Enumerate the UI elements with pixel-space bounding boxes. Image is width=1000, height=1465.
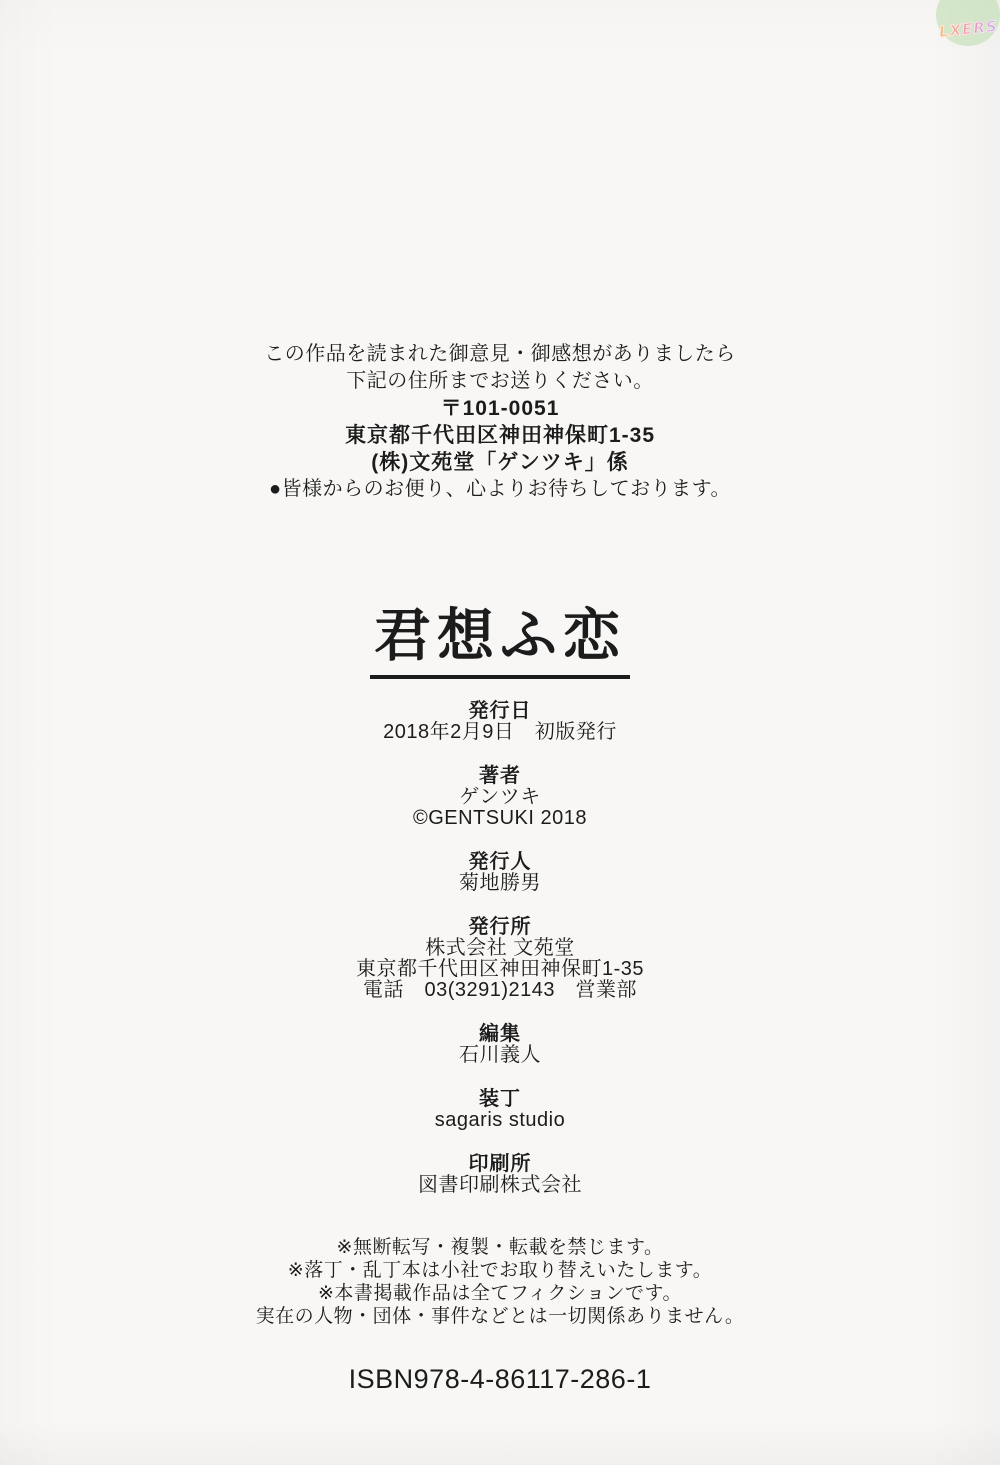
editor-name: 石川義人 xyxy=(0,1045,1000,1066)
section-heading: 発行所 xyxy=(0,916,1000,938)
section-heading: 編集 xyxy=(0,1023,1000,1045)
scanned-page: { "watermark": { "text": "LXERS", "circl… xyxy=(0,0,1000,1465)
book-title: 君想ふ恋 xyxy=(370,607,630,679)
printer-name: 図書印刷株式会社 xyxy=(0,1175,1000,1196)
postal-code: 〒101-0051 xyxy=(0,395,1000,422)
feedback-line: ●皆様からのお便り、心よりお待ちしております。 xyxy=(0,476,1000,503)
section-heading: 発行日 xyxy=(0,700,1000,722)
notice-line: 実在の人物・団体・事件などとは一切関係ありません。 xyxy=(0,1305,1000,1328)
publisher-address: 東京都千代田区神田神保町1-35 xyxy=(0,422,1000,449)
publishing-house-name: 株式会社 文苑堂 xyxy=(0,938,1000,959)
publisher-attention-line: (株)文苑堂「ゲンツキ」係 xyxy=(0,449,1000,476)
section-heading: 発行人 xyxy=(0,851,1000,873)
publication-date: 2018年2月9日 初版発行 xyxy=(0,722,1000,743)
section-heading: 装丁 xyxy=(0,1088,1000,1110)
author-name: ゲンツキ xyxy=(0,787,1000,808)
publisher-person-name: 菊地勝男 xyxy=(0,873,1000,894)
section-publication-date: 発行日 2018年2月9日 初版発行 xyxy=(0,700,1000,743)
section-heading: 印刷所 xyxy=(0,1153,1000,1175)
isbn: ISBN978-4-86117-286-1 xyxy=(0,1364,1000,1395)
notice-line: ※落丁・乱丁本は小社でお取り替えいたします。 xyxy=(0,1259,1000,1282)
notice-line: ※無断転写・複製・転載を禁じます。 xyxy=(0,1236,1000,1259)
legal-notices-block: ※無断転写・複製・転載を禁じます。 ※落丁・乱丁本は小社でお取り替えいたします。… xyxy=(0,1236,1000,1328)
publishing-house-phone: 電話 03(3291)2143 営業部 xyxy=(0,980,1000,1001)
lxers-watermark-text: LXERS xyxy=(938,17,998,41)
section-editor: 編集 石川義人 xyxy=(0,1023,1000,1066)
feedback-line: 下記の住所までお送りください。 xyxy=(0,368,1000,395)
design-studio-name: sagaris studio xyxy=(0,1110,1000,1131)
section-publisher-person: 発行人 菊地勝男 xyxy=(0,851,1000,894)
section-publishing-house: 発行所 株式会社 文苑堂 東京都千代田区神田神保町1-35 電話 03(3291… xyxy=(0,916,1000,1001)
section-heading: 著者 xyxy=(0,765,1000,787)
section-author: 著者 ゲンツキ ©GENTSUKI 2018 xyxy=(0,765,1000,829)
section-design: 装丁 sagaris studio xyxy=(0,1088,1000,1131)
section-printer: 印刷所 図書印刷株式会社 xyxy=(0,1153,1000,1196)
publishing-house-address: 東京都千代田区神田神保町1-35 xyxy=(0,959,1000,980)
notice-line: ※本書掲載作品は全てフィクションです。 xyxy=(0,1282,1000,1305)
colophon: 発行日 2018年2月9日 初版発行 著者 ゲンツキ ©GENTSUKI 201… xyxy=(0,700,1000,1196)
copyright-line: ©GENTSUKI 2018 xyxy=(0,808,1000,829)
feedback-notice-block: この作品を読まれた御意見・御感想がありましたら 下記の住所までお送りください。 … xyxy=(0,0,1000,503)
title-block: 君想ふ恋 xyxy=(0,607,1000,679)
feedback-line: この作品を読まれた御意見・御感想がありましたら xyxy=(0,341,1000,368)
